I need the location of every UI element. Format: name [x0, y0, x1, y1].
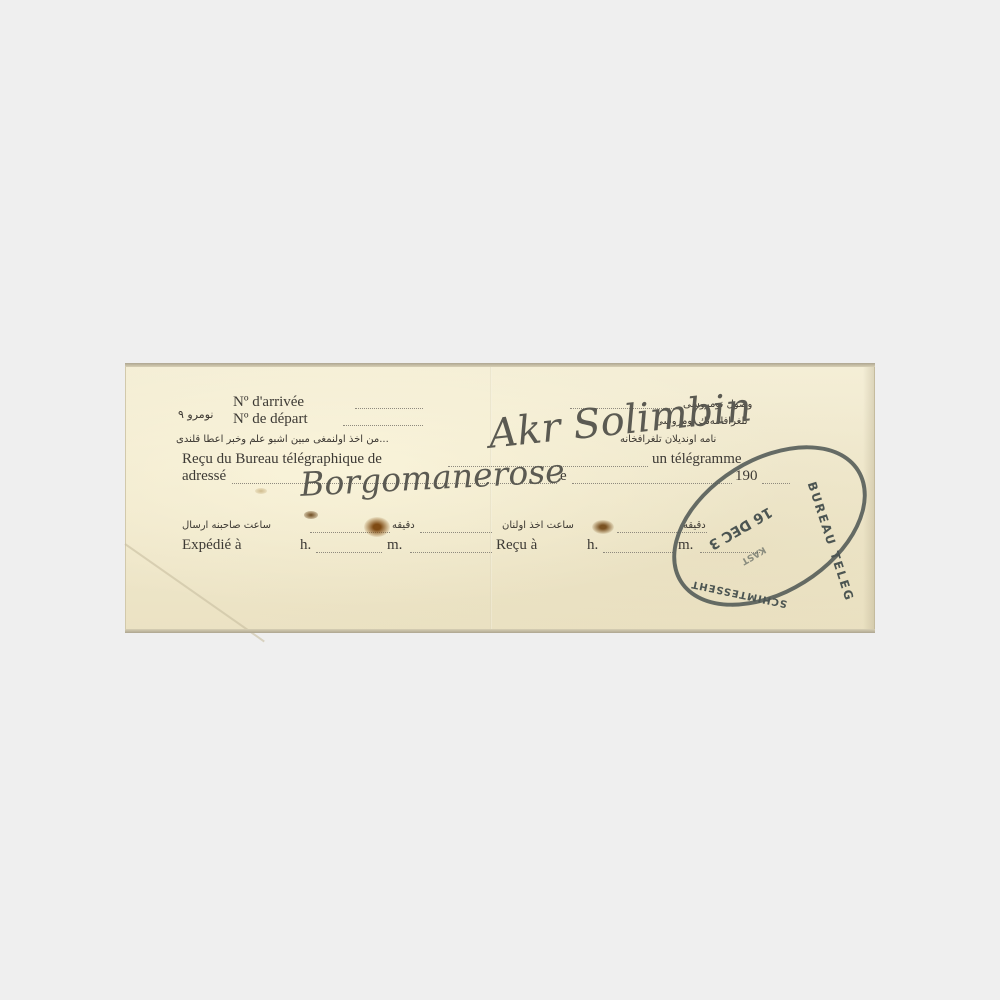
addressed-label: adressé: [182, 468, 226, 485]
sent-minute-arabic-field: [420, 532, 492, 533]
fold-crease-diagonal: [124, 543, 264, 642]
recv-hour-field: [603, 552, 673, 553]
sent-hour-field: [316, 552, 382, 553]
addressee-field-right: [572, 483, 732, 484]
sent-arabic: ساعت صاحبنه ارسال: [182, 520, 271, 531]
fold-crease-vertical: [490, 367, 492, 629]
sent-label: Expédié à: [182, 537, 242, 554]
departure-field: [343, 425, 423, 426]
sent-minute-field: [410, 552, 492, 553]
arrival-field: [355, 408, 423, 409]
departure-label: Nº de départ: [233, 411, 308, 428]
recv-arabic: ساعت اخذ اولنان: [502, 520, 574, 531]
sent-minute-label: m.: [387, 537, 402, 554]
stain: [304, 511, 318, 519]
telegram-label: un télégramme: [652, 451, 742, 468]
stain: [592, 520, 614, 534]
sent-minute-arabic: دقيقه: [392, 520, 415, 531]
stain: [255, 488, 267, 494]
arabic-instruction-left: ...من اخذ اولنمغى مبين اشبو علم وخبر اعط…: [176, 434, 389, 445]
recv-hour-label: h.: [587, 537, 598, 554]
recv-label: Reçu à: [496, 537, 537, 554]
sent-hour-label: h.: [300, 537, 311, 554]
number-arabic: نومرو ٩: [178, 408, 213, 421]
stain: [364, 517, 390, 537]
arrival-label: Nº d'arrivée: [233, 394, 304, 411]
